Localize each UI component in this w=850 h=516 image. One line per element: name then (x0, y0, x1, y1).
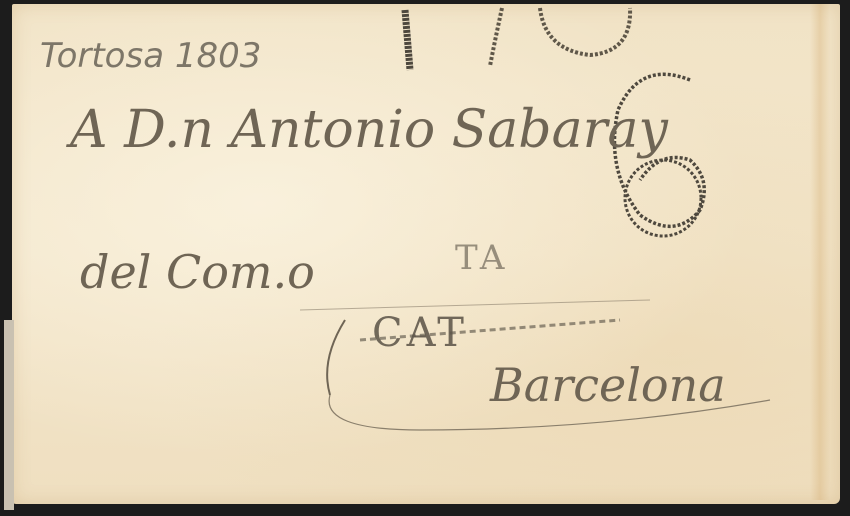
address-line-1: A D.n Antonio Sabaray (70, 100, 668, 160)
pencil-note: Tortosa 1803 (40, 36, 261, 76)
address-line-3: Barcelona (490, 358, 726, 412)
town-postmark-top: TA (455, 238, 508, 278)
town-postmark-bottom: CAT (372, 310, 468, 356)
address-line-2: del Com.o (80, 245, 315, 299)
